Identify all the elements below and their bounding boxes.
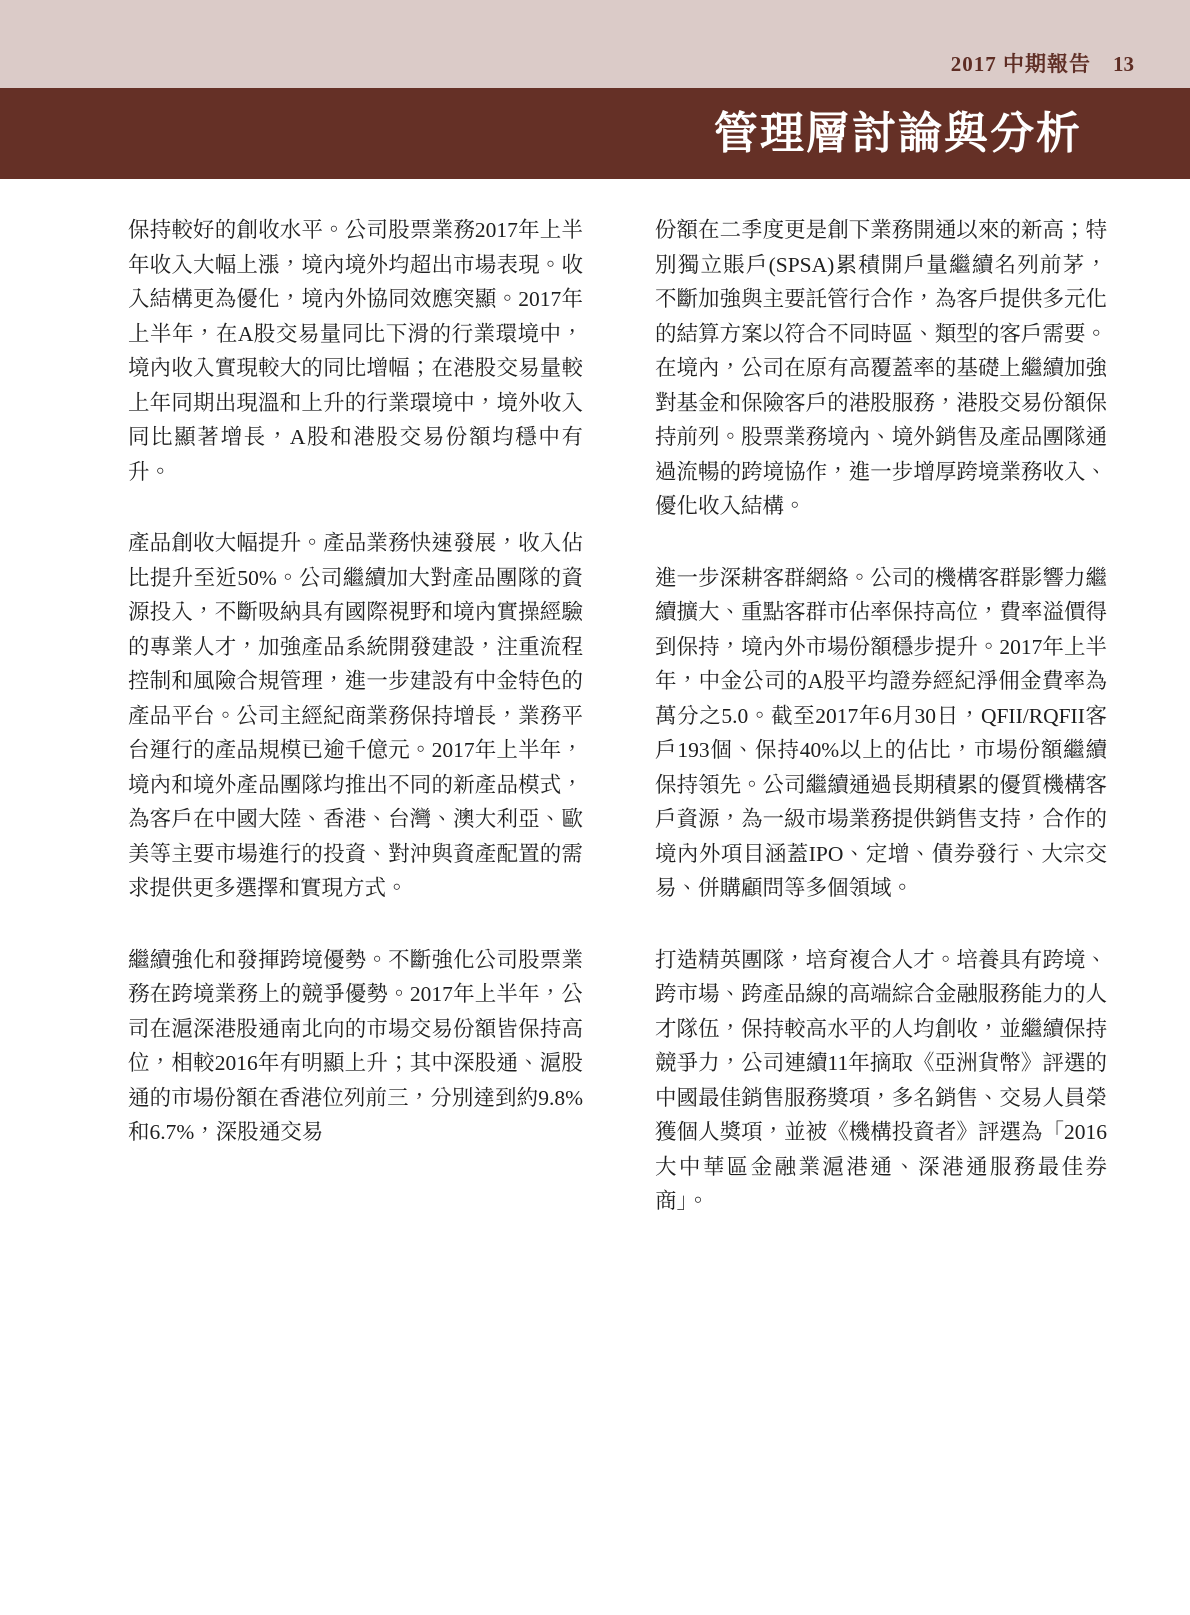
header-meta: 2017 中期報告 13: [951, 54, 1134, 75]
section-title-banner: 管理層討論與分析: [0, 88, 1190, 179]
paragraph-left-3: 繼續強化和發揮跨境優勢。不斷強化公司股票業務在跨境業務上的競爭優勢。2017年上…: [128, 943, 583, 1150]
right-column: 份額在二季度更是創下業務開通以來的新高；特別獨立賬戶(SPSA)累積開戶量繼續名…: [655, 213, 1107, 1219]
paragraph-right-3: 打造精英團隊，培育複合人才。培養具有跨境、跨市場、跨產品線的高端綜合金融服務能力…: [655, 943, 1107, 1219]
body-content: 保持較好的創收水平。公司股票業務2017年上半年收入大幅上漲，境內境外均超出市場…: [0, 179, 1190, 1219]
paragraph-left-1: 保持較好的創收水平。公司股票業務2017年上半年收入大幅上漲，境內境外均超出市場…: [128, 213, 583, 489]
paragraph-right-1: 份額在二季度更是創下業務開通以來的新高；特別獨立賬戶(SPSA)累積開戶量繼續名…: [655, 213, 1107, 524]
report-title-label: 2017 中期報告: [951, 54, 1091, 75]
page-number: 13: [1113, 54, 1134, 75]
report-page: 2017 中期報告 13 管理層討論與分析 保持較好的創收水平。公司股票業務20…: [0, 0, 1190, 1615]
left-column: 保持較好的創收水平。公司股票業務2017年上半年收入大幅上漲，境內境外均超出市場…: [128, 213, 583, 1219]
section-title: 管理層討論與分析: [714, 112, 1082, 156]
paragraph-right-2: 進一步深耕客群網絡。公司的機構客群影響力繼續擴大、重點客群市佔率保持高位，費率溢…: [655, 561, 1107, 906]
paragraph-left-2: 產品創收大幅提升。產品業務快速發展，收入佔比提升至近50%。公司繼續加大對產品團…: [128, 526, 583, 906]
page-header-band: 2017 中期報告 13: [0, 0, 1190, 88]
